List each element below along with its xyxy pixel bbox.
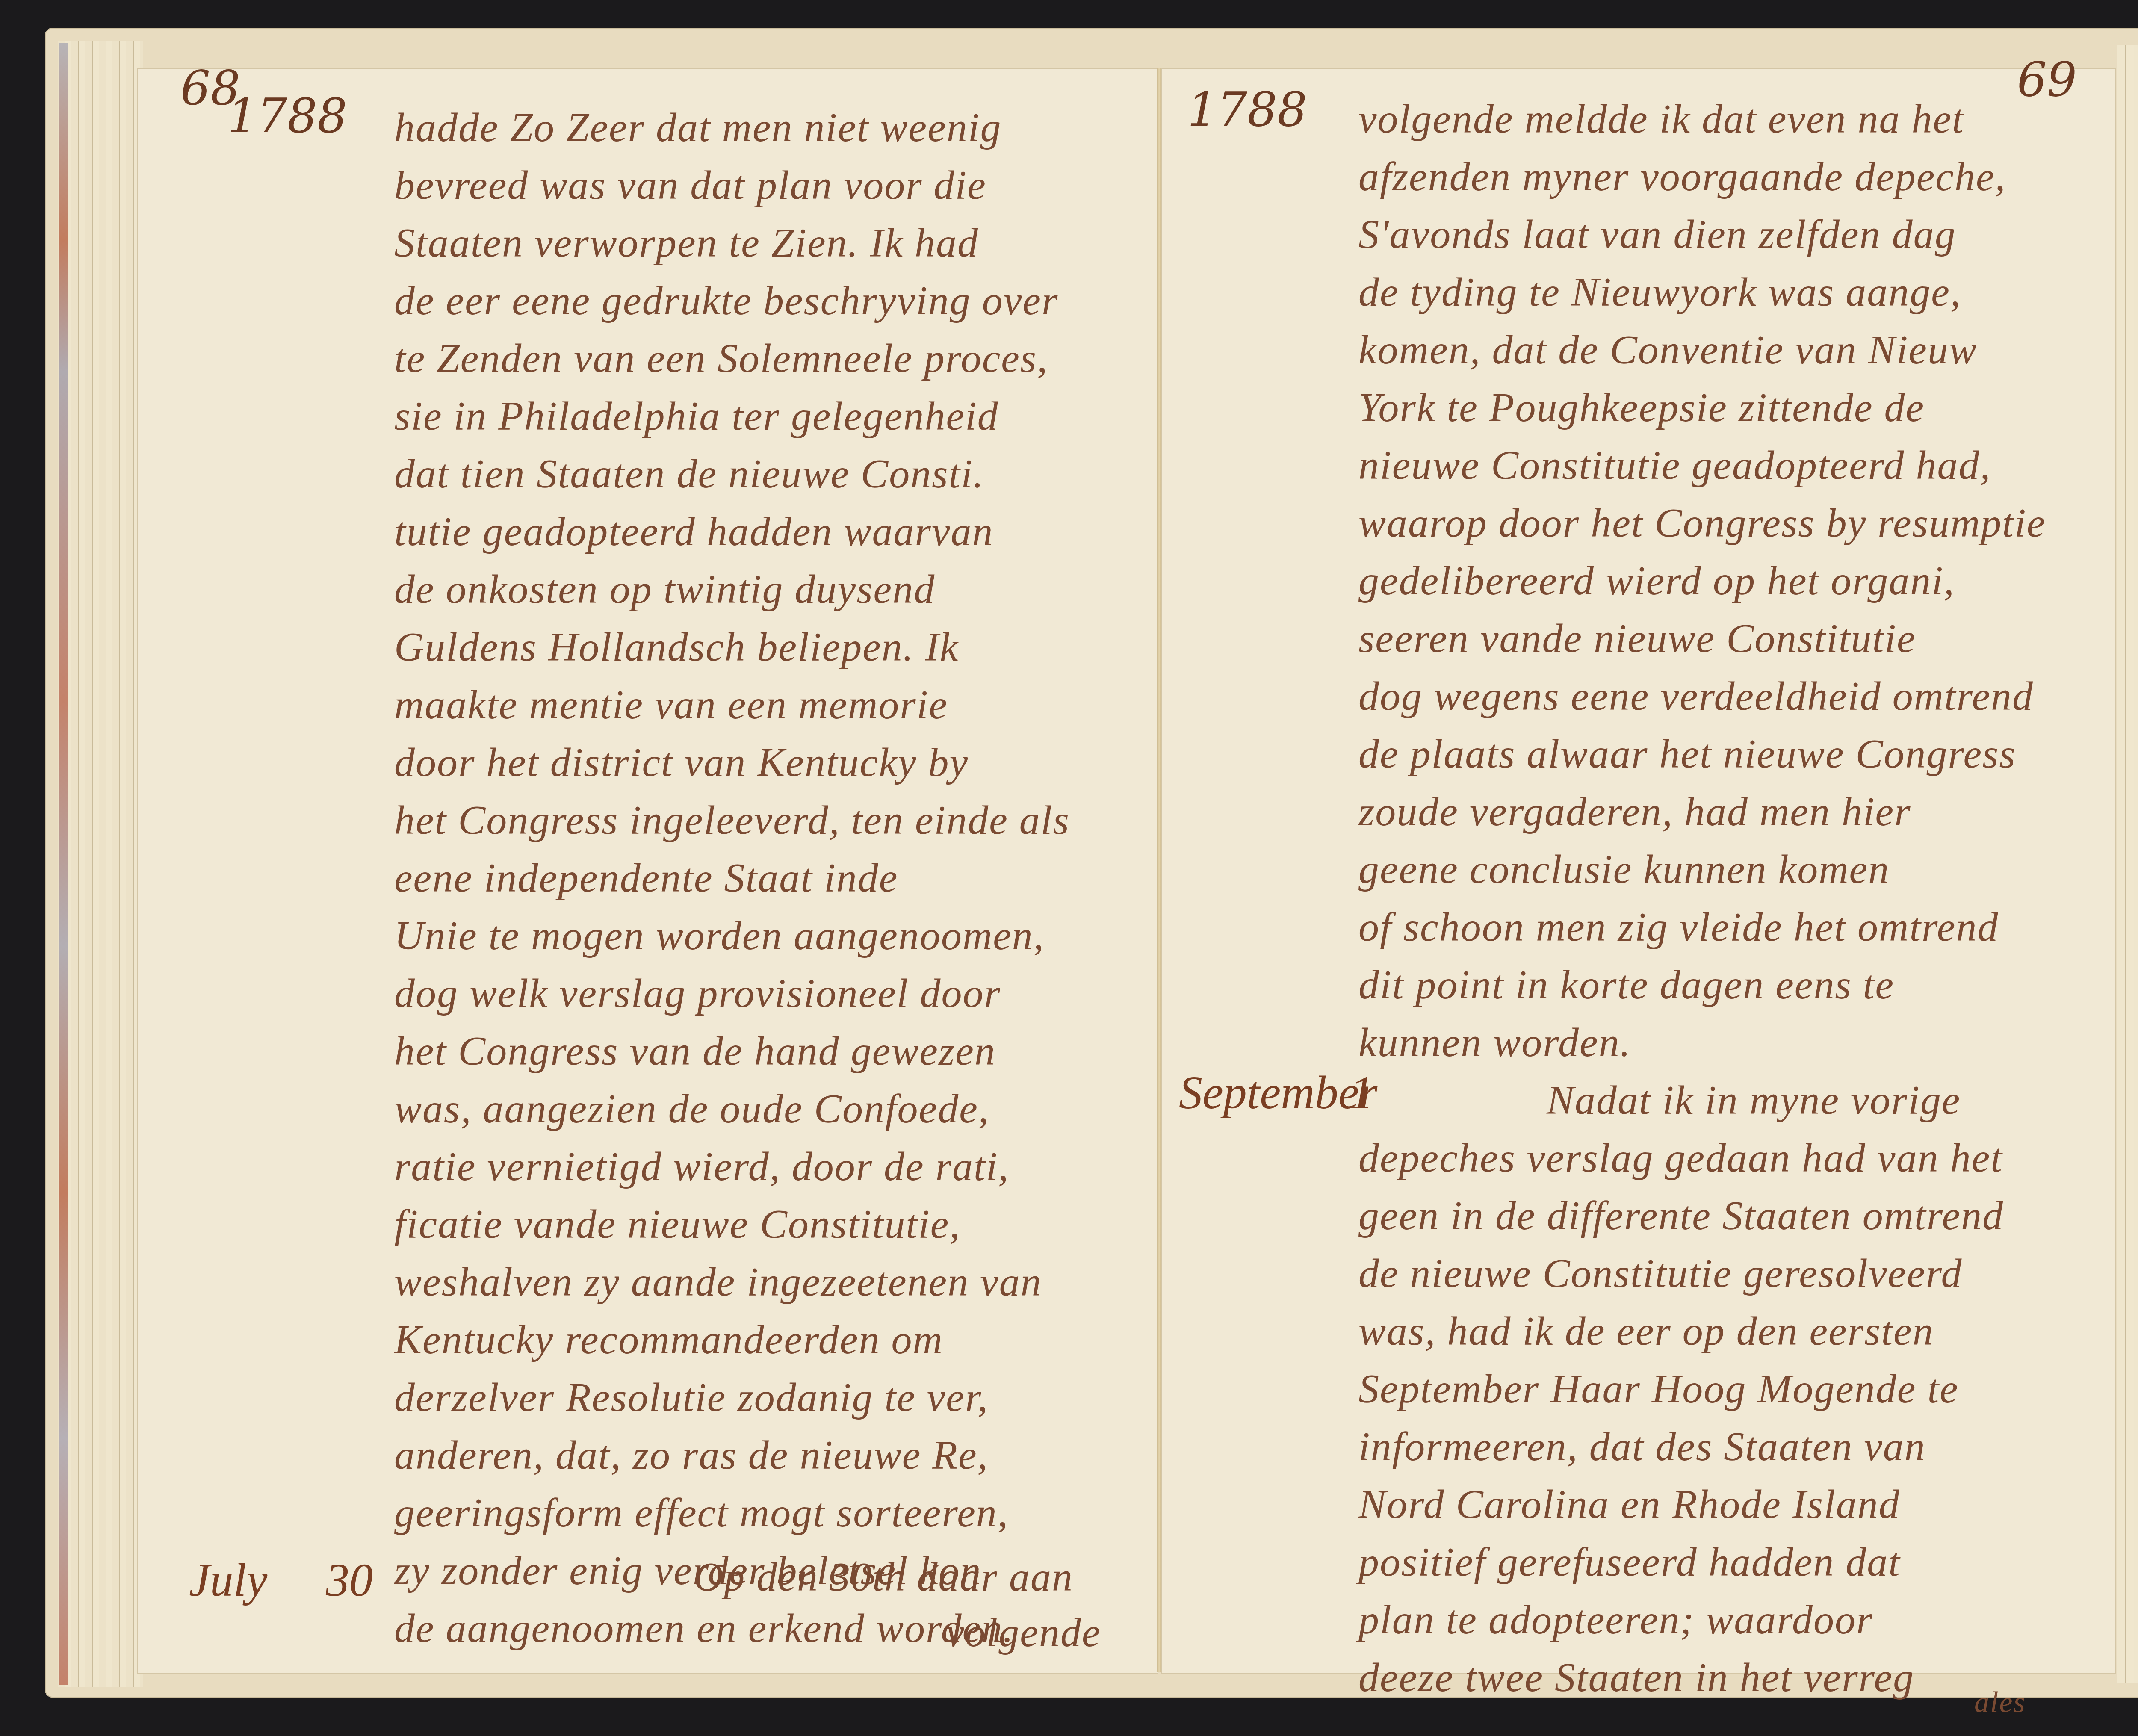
year-heading: 1788: [1187, 82, 1307, 137]
entry-line: was, had ik de eer op den eersten: [1358, 1307, 1934, 1355]
entry-line: Nord Carolina en Rhode Island: [1358, 1480, 1900, 1528]
text-line: sie in Philadelphia ter gelegenheid: [394, 392, 999, 440]
text-line: komen, dat de Conventie van Nieuw: [1358, 326, 1977, 373]
text-line: ficatie vande nieuwe Constitutie,: [394, 1200, 960, 1248]
margin-date-day: 30: [326, 1553, 373, 1607]
text-line: was, aangezien de oude Confoede,: [394, 1085, 989, 1132]
text-line: anderen, dat, zo ras de nieuwe Re,: [394, 1431, 989, 1479]
year-heading: 1788: [227, 89, 347, 143]
text-line: S'avonds laat van dien zelfden dag: [1358, 210, 1956, 258]
sprinkled-page-edge: [59, 43, 68, 1685]
entry-line: Op den 30th daar aan: [694, 1553, 1073, 1600]
text-line: seeren vande nieuwe Constitutie: [1358, 614, 1916, 662]
text-line: Staaten verworpen te Zien. Ik had: [394, 219, 979, 266]
text-line: Kentucky recommandeerden om: [394, 1316, 943, 1363]
text-line: geene conclusie kunnen komen: [1358, 845, 1890, 893]
text-line: eene independente Staat inde: [394, 854, 898, 901]
text-line: hadde Zo Zeer dat men niet weenig: [394, 103, 1001, 151]
catchword: ales: [1974, 1686, 2026, 1720]
text-line: kunnen worden.: [1358, 1019, 1631, 1066]
text-line: de eer eene gedrukte beschryving over: [394, 277, 1058, 324]
entry-line: geen in de differente Staaten omtrend: [1358, 1192, 2004, 1239]
catchword: volgende: [946, 1609, 1101, 1656]
text-line: dog welk verslag provisioneel door: [394, 969, 1001, 1017]
text-line: te Zenden van een Solemneele proces,: [394, 334, 1048, 382]
text-line: ratie vernietigd wierd, door de rati,: [394, 1143, 1009, 1190]
text-line: bevreed was van dat plan voor die: [394, 161, 986, 209]
text-line: York te Poughkeepsie zittende de: [1358, 384, 1925, 431]
bound-volume: 68 1788 hadde Zo Zeer dat men niet weeni…: [45, 28, 2138, 1698]
margin-date-month: September: [1179, 1066, 1377, 1120]
text-line: dat tien Staaten de nieuwe Consti.: [394, 450, 984, 497]
text-line: tutie geadopteerd hadden waarvan: [394, 508, 994, 555]
margin-date-day: 1: [1350, 1066, 1373, 1120]
text-line: het Congress ingeleeverd, ten einde als: [394, 796, 1070, 844]
page-number: 69: [2017, 52, 2077, 107]
entry-line: informeeren, dat des Staaten van: [1358, 1423, 1926, 1470]
text-line: weshalven zy aande ingezeetenen van: [394, 1258, 1042, 1305]
left-page-stack: [58, 41, 143, 1687]
text-line: de tyding te Nieuwyork was aange,: [1358, 268, 1961, 316]
text-line: het Congress van de hand gewezen: [394, 1027, 996, 1075]
text-line: gedelibereerd wierd op het organi,: [1358, 557, 1955, 604]
text-line: waarop door het Congress by resumptie: [1358, 499, 2046, 546]
margin-date-month: July: [189, 1553, 267, 1607]
text-line: de aangenoomen en erkend worden.: [394, 1604, 1014, 1652]
text-line: nieuwe Constitutie geadopteerd had,: [1358, 441, 1991, 489]
entry-line: September Haar Hoog Mogende te: [1358, 1365, 1959, 1412]
text-line: zoude vergaderen, had men hier: [1358, 788, 1911, 835]
entry-line: plan te adopteeren; waardoor: [1358, 1596, 1873, 1643]
entry-line: de nieuwe Constitutie geresolveerd: [1358, 1249, 1963, 1297]
entry-line: deeze twee Staaten in het verreg: [1358, 1653, 1914, 1701]
text-line: dit point in korte dagen eens te: [1358, 961, 1894, 1008]
text-line: volgende meldde ik dat even na het: [1358, 95, 1964, 142]
text-line: de onkosten op twintig duysend: [394, 565, 935, 613]
right-page-stack: [2117, 45, 2138, 1683]
text-line: dog wegens eene verdeeldheid omtrend: [1358, 672, 2034, 720]
entry-line: depeches verslag gedaan had van het: [1358, 1134, 2003, 1181]
text-line: derzelver Resolutie zodanig te ver,: [394, 1373, 989, 1421]
text-line: Guldens Hollandsch beliepen. Ik: [394, 623, 959, 670]
text-line: maakte mentie van een memorie: [394, 681, 948, 728]
text-line: of schoon men zig vleide het omtrend: [1358, 903, 1999, 951]
right-page: 1788 69 volgende meldde ik dat even na h…: [1161, 68, 2116, 1674]
left-page: 68 1788 hadde Zo Zeer dat men niet weeni…: [137, 68, 1158, 1674]
text-line: door het district van Kentucky by: [394, 738, 969, 786]
text-line: de plaats alwaar het nieuwe Congress: [1358, 730, 2016, 777]
text-line: Unie te mogen worden aangenoomen,: [394, 912, 1045, 959]
text-line: geeringsform effect mogt sorteeren,: [394, 1489, 1009, 1536]
entry-line: positief gerefuseerd hadden dat: [1358, 1538, 1901, 1585]
entry-line: Nadat ik in myne vorige: [1547, 1076, 1961, 1124]
text-line: afzenden myner voorgaande depeche,: [1358, 153, 2006, 200]
